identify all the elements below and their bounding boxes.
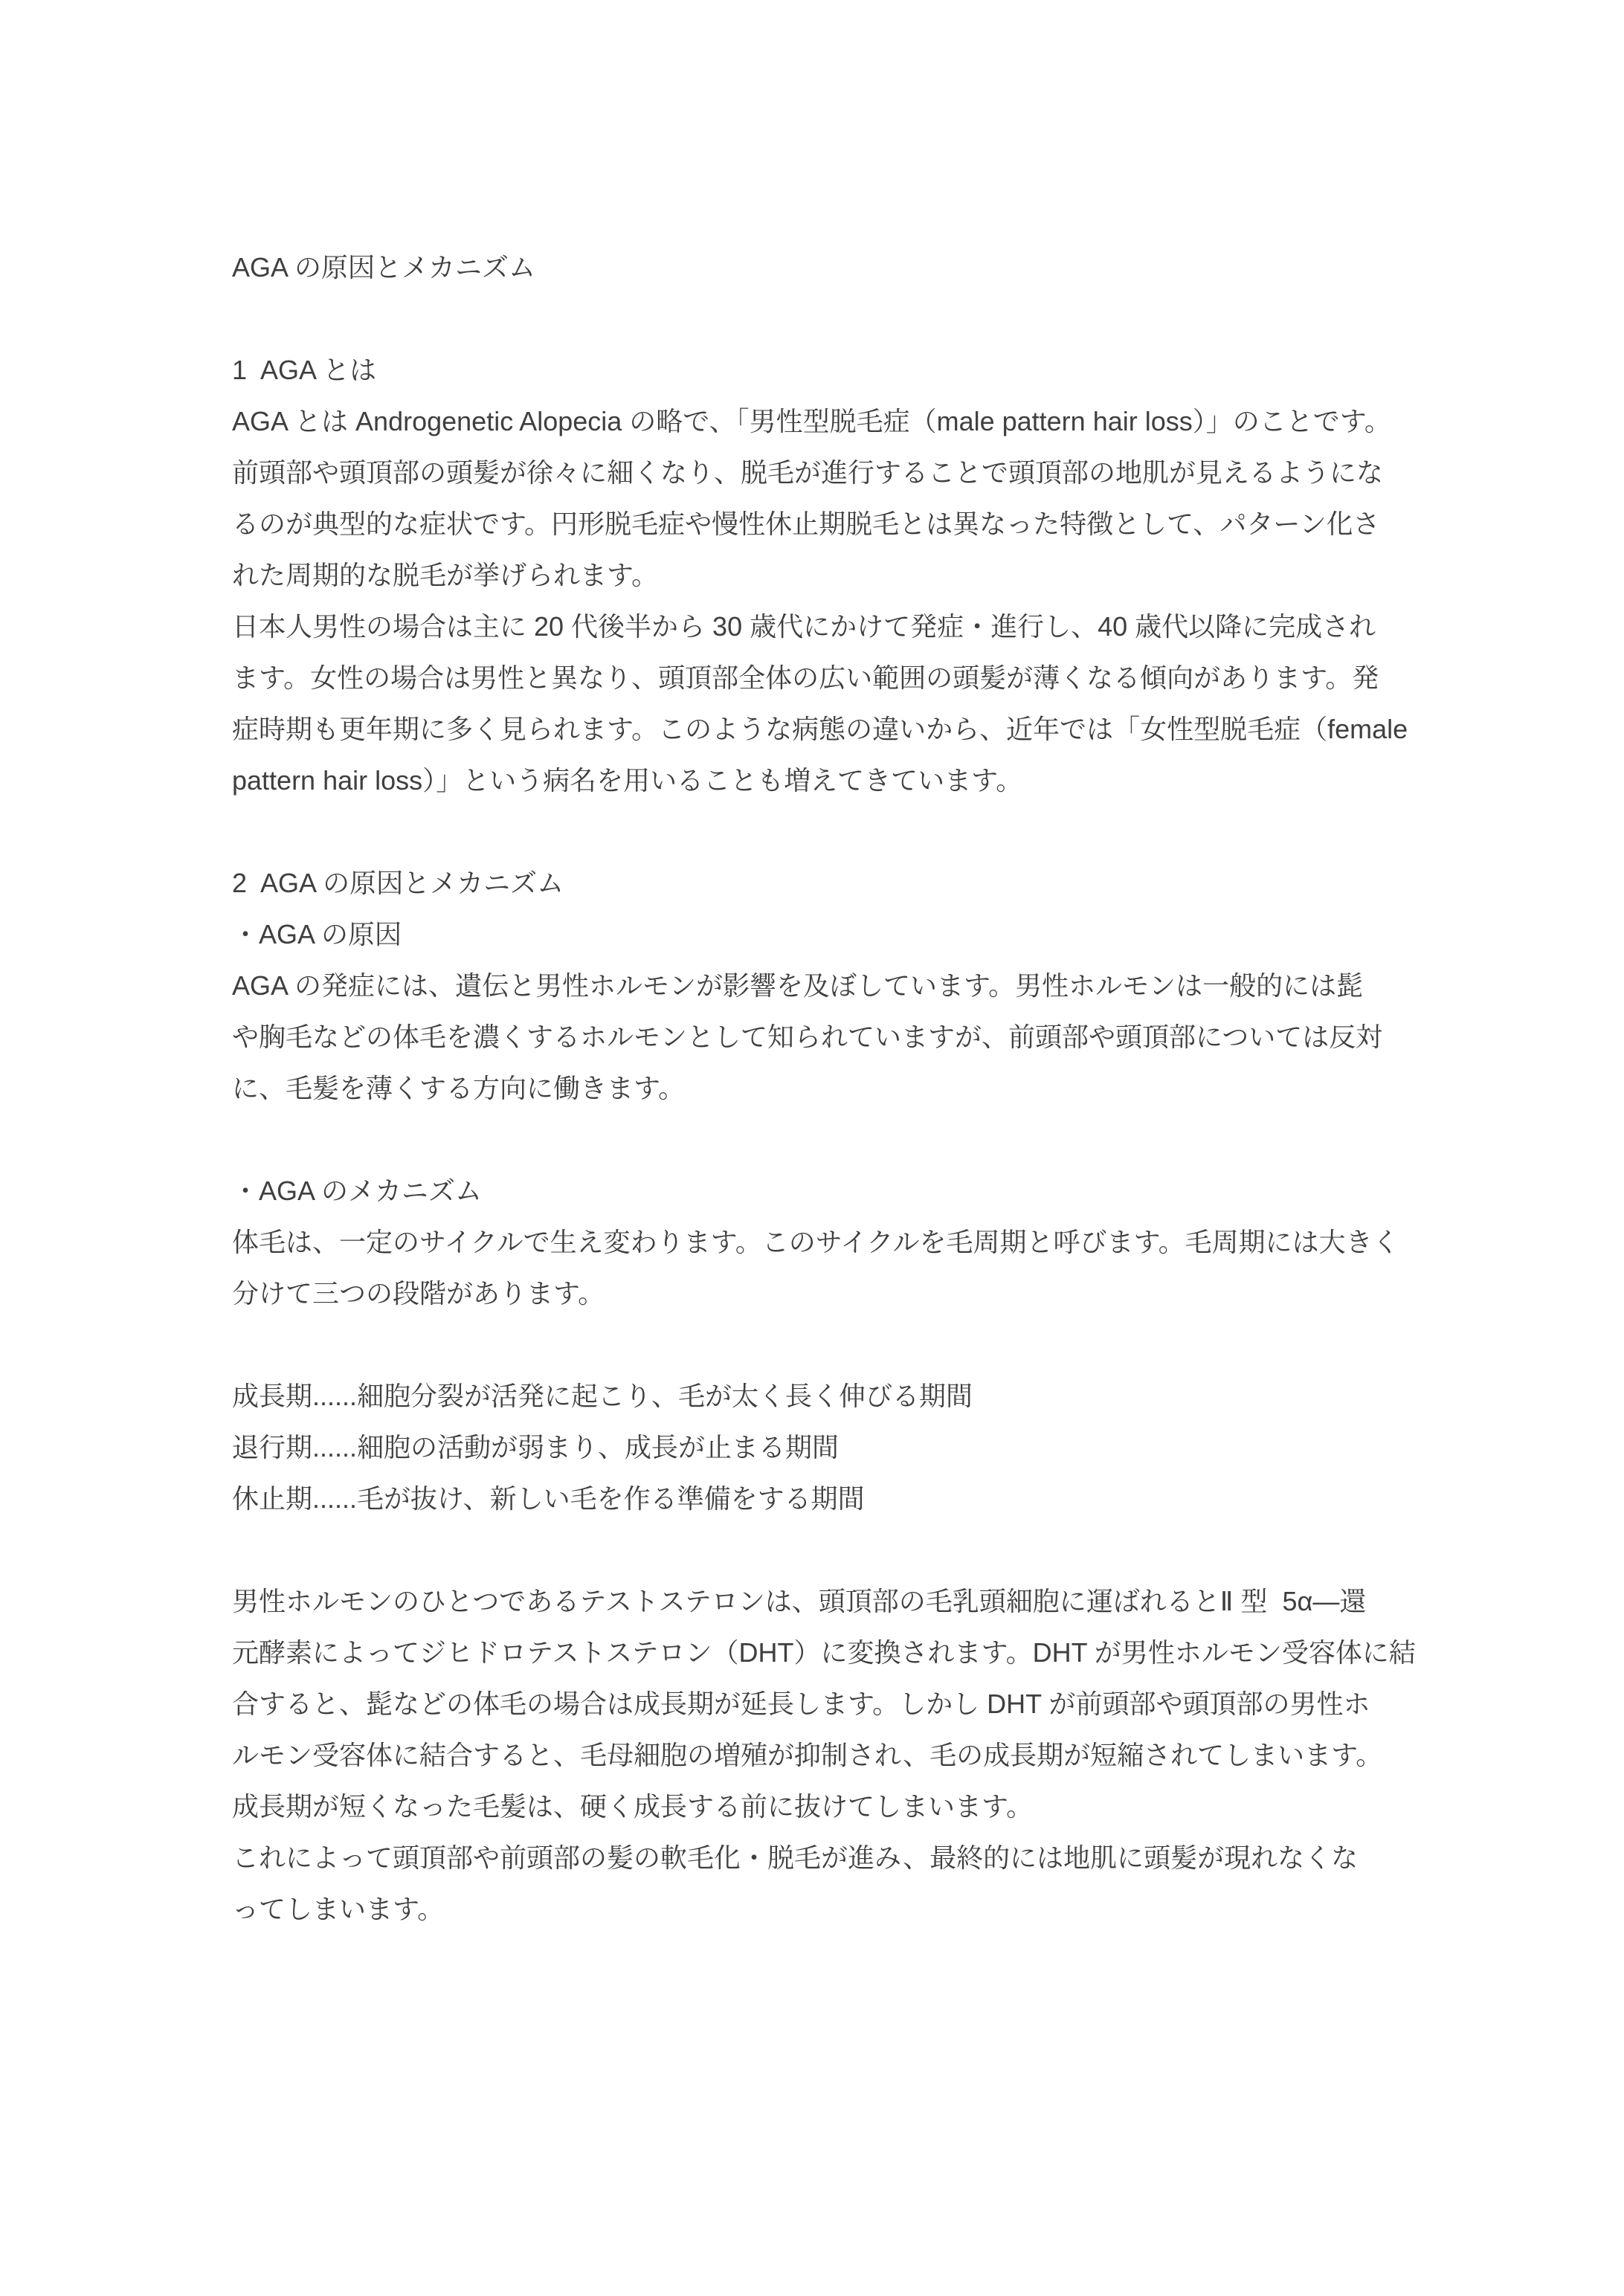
document-page: AGA の原因とメカニズム1 AGA とはAGA とは Androgenetic… (0, 0, 1624, 2296)
paragraph-line: pattern hair loss）」という病名を用いることも増えてきています。 (232, 755, 1393, 806)
subsection-label: ・AGA の原因 (232, 909, 1393, 960)
paragraph-line: 分けて三つの段階があります。 (232, 1268, 1393, 1319)
paragraph-line: や胸毛などの体毛を濃くするホルモンとして知られていますが、前頭部や頭頂部について… (232, 1011, 1393, 1062)
paragraph-line: 前頭部や頭頂部の頭髪が徐々に細くなり、脱毛が進行することで頭頂部の地肌が見えるよ… (232, 447, 1393, 498)
list-item: 成長期......細胞分裂が活発に起こり、毛が太く長く伸びる期間 (232, 1370, 1393, 1422)
blank-line (232, 1524, 1393, 1576)
document-title: AGA の原因とメカニズム (232, 242, 1393, 293)
section-heading: 2 AGA の原因とメカニズム (232, 857, 1393, 909)
paragraph-line: 体毛は、一定のサイクルで生え変わります。このサイクルを毛周期と呼びます。毛周期に… (232, 1216, 1393, 1268)
paragraph-line: ルモン受容体に結合すると、毛母細胞の増殖が抑制され、毛の成長期が短縮されてしまい… (232, 1729, 1393, 1781)
paragraph-line: ます。女性の場合は男性と異なり、頭頂部全体の広い範囲の頭髪が薄くなる傾向がありま… (232, 652, 1393, 703)
document-content: AGA の原因とメカニズム1 AGA とはAGA とは Androgenetic… (232, 242, 1393, 1935)
section-heading: 1 AGA とは (232, 344, 1393, 396)
blank-line (232, 293, 1393, 344)
list-item: 退行期......細胞の活動が弱まり、成長が止まる期間 (232, 1422, 1393, 1473)
paragraph-line: AGA とは Androgenetic Alopecia の略で、「男性型脱毛症… (232, 396, 1393, 447)
paragraph-line: るのが典型的な症状です。円形脱毛症や慢性休止期脱毛とは異なった特徴として、パター… (232, 498, 1393, 549)
paragraph-line: 症時期も更年期に多く見られます。このような病態の違いから、近年では「女性型脱毛症… (232, 703, 1393, 755)
paragraph-line: 日本人男性の場合は主に 20 代後半から 30 歳代にかけて発症・進行し、40 … (232, 601, 1393, 652)
paragraph-line: AGA の発症には、遺伝と男性ホルモンが影響を及ぼしています。男性ホルモンは一般… (232, 960, 1393, 1011)
paragraph-line: 男性ホルモンのひとつであるテストステロンは、頭頂部の毛乳頭細胞に運ばれるとⅡ 型… (232, 1576, 1393, 1627)
paragraph-line: 元酵素によってジヒドロテストステロン（DHT）に変換されます。DHT が男性ホル… (232, 1627, 1393, 1678)
paragraph-line: ってしまいます。 (232, 1883, 1393, 1935)
paragraph-line: に、毛髪を薄くする方向に働きます。 (232, 1062, 1393, 1114)
blank-line (232, 1114, 1393, 1165)
paragraph-line: 合すると、髭などの体毛の場合は成長期が延長します。しかし DHT が前頭部や頭頂… (232, 1678, 1393, 1729)
subsection-label: ・AGA のメカニズム (232, 1165, 1393, 1216)
paragraph-line: れた周期的な脱毛が挙げられます。 (232, 549, 1393, 601)
blank-line (232, 806, 1393, 857)
paragraph-line: 成長期が短くなった毛髪は、硬く成長する前に抜けてしまいます。 (232, 1781, 1393, 1832)
list-item: 休止期......毛が抜け、新しい毛を作る準備をする期間 (232, 1473, 1393, 1524)
blank-line (232, 1319, 1393, 1370)
paragraph-line: これによって頭頂部や前頭部の髪の軟毛化・脱毛が進み、最終的には地肌に頭髪が現れな… (232, 1832, 1393, 1883)
